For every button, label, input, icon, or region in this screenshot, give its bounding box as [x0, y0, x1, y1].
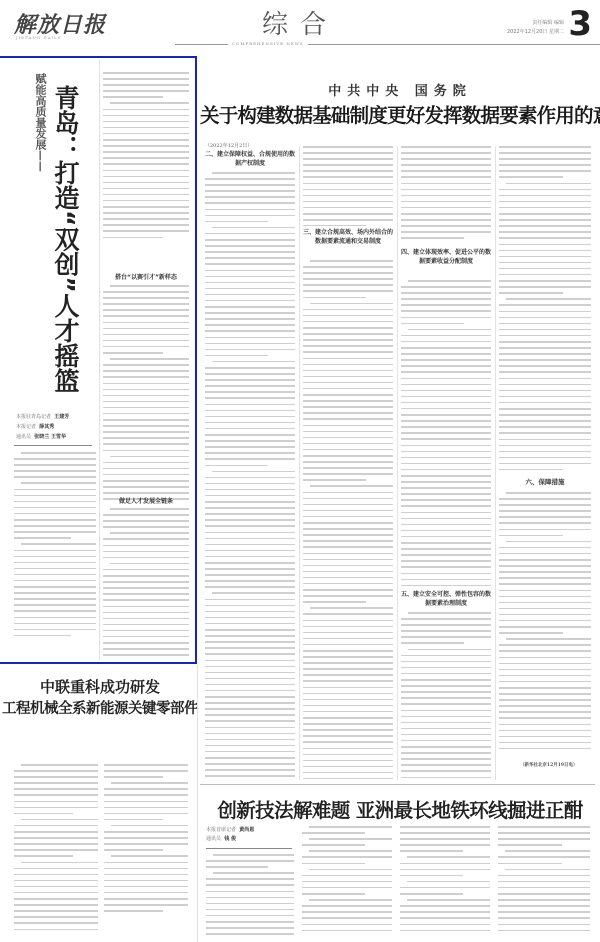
story3-byline-rule — [206, 848, 292, 849]
story3-text-col3 — [400, 826, 490, 940]
main-col-divider-2 — [397, 146, 398, 780]
story2-headline[interactable]: 中联重科成功研发 工程机械全系新能源关键零部件 — [0, 676, 200, 720]
feature-subhead-2: 做足人才发展全链条 — [103, 496, 189, 507]
main-story-headline[interactable]: 关于构建数据基础制度更好发挥数据要素作用的意见 — [200, 100, 600, 128]
main-subhead-5: 五、建立安全可控、弹性包容的数据要素治理制度 — [401, 590, 491, 608]
story3-byline: 本报首席记者 黄尚恩 通讯员 钱 俊 — [206, 826, 254, 844]
main-text-col3-top — [401, 146, 491, 241]
feature-byline: 本报驻青岛记者 王建芳 本报记者 薛其秀 通讯员 张晓兰 王雪华 — [16, 412, 69, 442]
editor-line: 责任编辑 编辑 — [507, 19, 564, 28]
feature-column-divider — [99, 60, 100, 660]
main-text-col2-top — [303, 146, 393, 226]
main-col-divider-3 — [495, 146, 496, 780]
main-story-bottom-rule — [200, 784, 595, 785]
main-subhead-3: 三、建立合规高效、场内外结合的数据要素流通和交易制度 — [303, 228, 393, 246]
feature-text-col2-top — [103, 72, 189, 240]
feature-text-col2-bottom — [103, 508, 189, 658]
story3-text-col2 — [302, 826, 392, 940]
main-subhead-6: 六、保障措施 — [499, 477, 591, 488]
main-col-divider-1 — [299, 146, 300, 780]
page-number: 3 — [568, 4, 592, 44]
feature-text-col1 — [14, 452, 96, 647]
section-title: 综合 — [262, 4, 338, 41]
page-meta: 责任编辑 编辑 2022年12月20日 星期二 — [507, 19, 564, 37]
feature-headline[interactable]: 青岛：打造“双创”人才摇篮 — [54, 85, 82, 393]
main-text-col4-top — [499, 146, 591, 471]
feature-byline-rule — [14, 445, 92, 446]
story2-text-col2 — [104, 764, 188, 939]
feature-text-col2-mid — [103, 285, 189, 500]
main-story-end-note: （新华社北京12月19日电） — [520, 762, 578, 768]
left-column-rule — [197, 665, 198, 942]
feature-kicker: 赋能高质量发展—— — [33, 73, 47, 172]
main-text-col3-bottom — [401, 612, 491, 780]
story2-headline-line1: 中联重科成功研发 — [0, 676, 200, 698]
newspaper-subtitle: JIEFANG DAILY — [16, 35, 61, 40]
section-english: COMPREHENSIVE NEWS — [228, 41, 308, 46]
main-story-source: （2022年12月2日） — [205, 142, 252, 149]
masthead: 解放日报 JIEFANG DAILY 综合 COMPREHENSIVE NEWS… — [0, 0, 600, 55]
feature-subhead-1: 搭台“以赛引才”新样态 — [103, 272, 189, 283]
main-text-col3-mid — [401, 280, 491, 590]
story3-headline[interactable]: 创新技法解难题 亚洲最长地铁环线掘进正酣 — [200, 795, 600, 823]
main-text-col1 — [205, 172, 295, 780]
main-text-col4-bottom — [499, 492, 591, 758]
main-subhead-2: 二、建立保障权益、合规使用的数据产权制度 — [205, 150, 295, 168]
story2-headline-line2: 工程机械全系新能源关键零部件 — [0, 698, 200, 720]
story2-text-col1 — [14, 764, 98, 939]
date-line: 2022年12月20日 星期二 — [507, 28, 564, 37]
story3-text-col4 — [498, 826, 590, 940]
main-text-col2-bottom — [303, 260, 393, 780]
main-subhead-4: 四、建立体现效率、促进公平的数据要素收益分配制度 — [401, 248, 491, 266]
story3-text-col1 — [206, 854, 294, 940]
main-story-kicker: 中共中央 国务院 — [200, 80, 600, 99]
